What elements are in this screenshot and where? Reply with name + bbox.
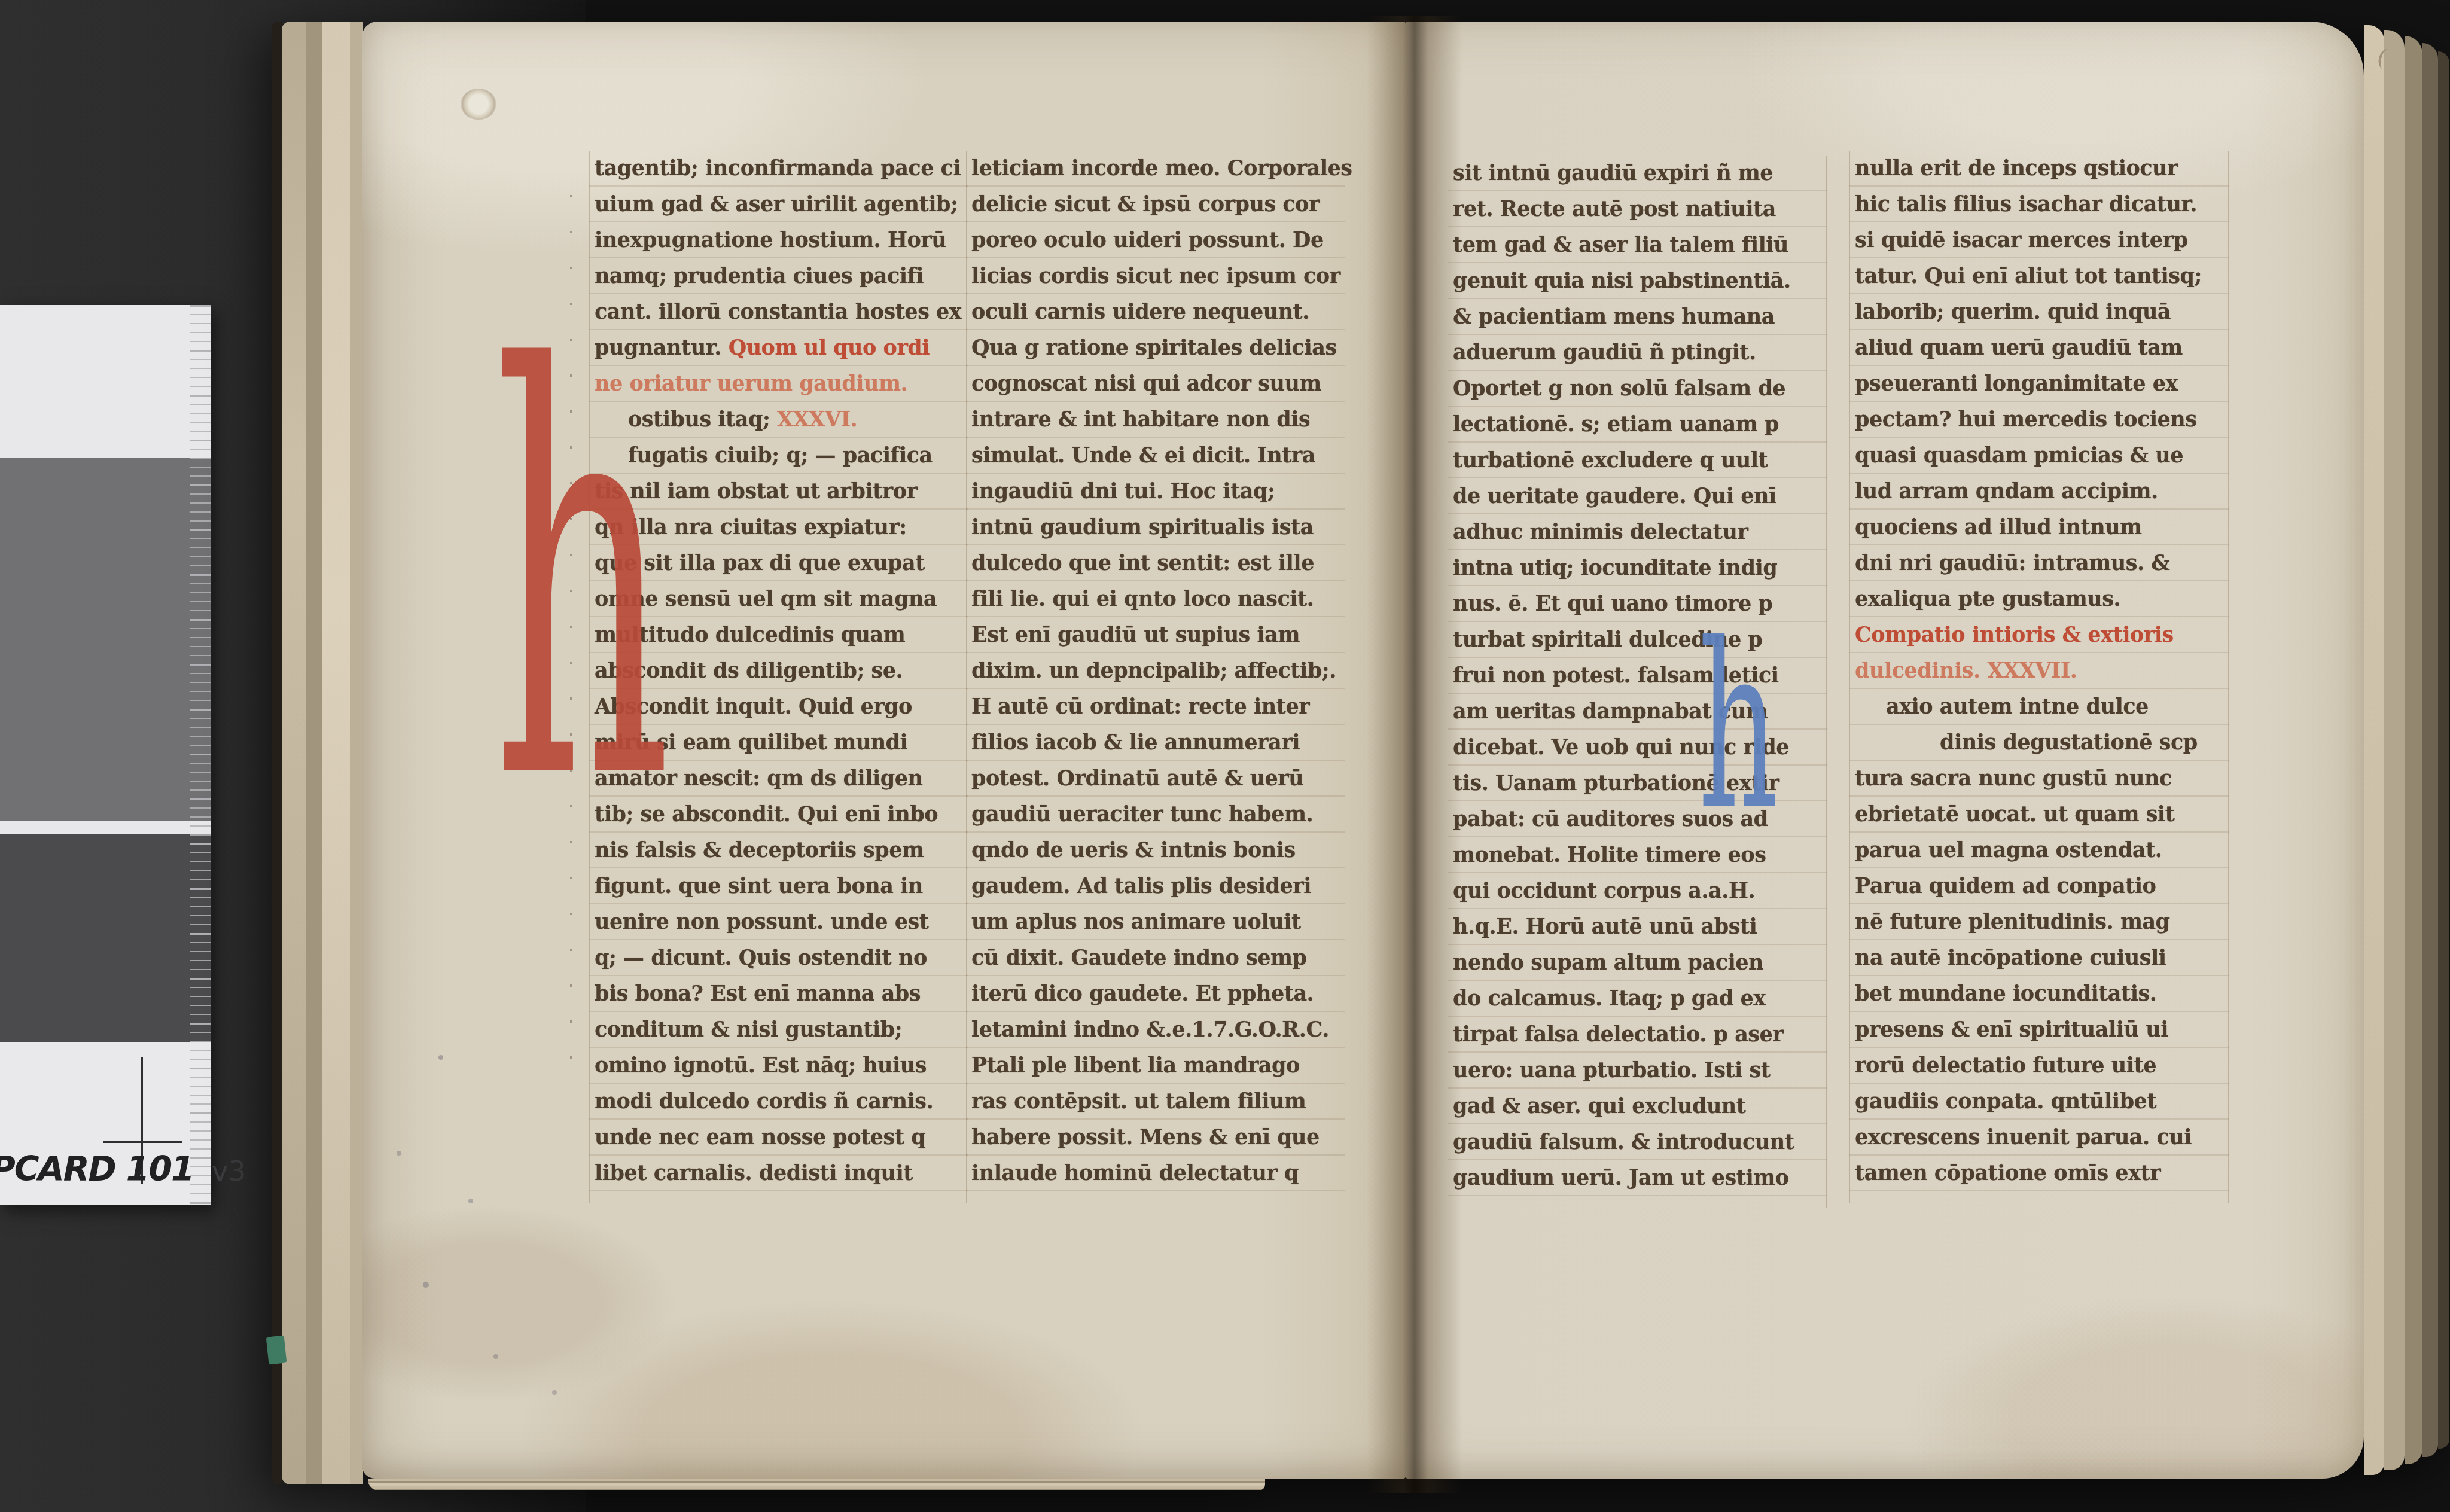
page-edge-strip: [282, 22, 306, 1484]
text-line: tirpat falsa delectatio. p aser: [1448, 1017, 1826, 1053]
text-segment: habere possit. Mens & enī que: [971, 1125, 1320, 1150]
text-line: de ueritate gaudere. Qui enī: [1448, 478, 1826, 514]
text-line: Ptali ple libent lia mandrago: [967, 1048, 1345, 1084]
text-segment: ebrietatē uocat. ut quam sit: [1855, 802, 2174, 827]
fore-edge-strip: [2438, 51, 2449, 1449]
text-line: unde nec eam nosse potest q: [590, 1120, 968, 1156]
text-line: excrescens inuenit parua. cui: [1850, 1120, 2228, 1156]
text-line: pectam? hui mercedis tociens: [1850, 402, 2228, 438]
text-line: rorū delectatio future uite: [1850, 1048, 2228, 1084]
text-line: libet carnalis. dedisti inquit: [590, 1156, 968, 1191]
text-line: gaudiis conpata. qntūlibet: [1850, 1084, 2228, 1120]
text-segment: lectationē. s; etiam uanam p: [1453, 412, 1779, 437]
green-bookmark-tab: [266, 1336, 287, 1365]
text-segment: Qua g ratione spiritales delicias: [971, 336, 1337, 360]
text-line: q; — dicunt. Quis ostendit no: [590, 940, 968, 976]
text-line: Oportet g non solū falsam de: [1448, 371, 1826, 407]
text-line: uenire non possunt. unde est: [590, 904, 968, 940]
text-line: qndo de ueris & intnis bonis: [967, 833, 1345, 868]
text-segment: gaudiū ueraciter tunc habem.: [971, 802, 1313, 827]
text-line: gaudem. Ad talis plis desideri: [967, 868, 1345, 904]
text-line: intrare & int habitare non dis: [967, 402, 1345, 438]
text-line: lectationē. s; etiam uanam p: [1448, 407, 1826, 443]
text-segment: na autē incōpatione cuiusli: [1855, 946, 2166, 970]
text-segment: um aplus nos animare uoluit: [971, 910, 1301, 934]
text-line: oculi carnis uidere nequeunt.: [967, 294, 1345, 330]
text-line: licias cordis sicut nec ipsum cor: [967, 258, 1345, 294]
text-line: genuit quia nisi pabstinentiā.: [1448, 263, 1826, 299]
page-edge-strip: [306, 22, 322, 1484]
text-line: Qua g ratione spiritales delicias: [967, 330, 1345, 366]
text-line: gad & aser. qui excludunt: [1448, 1089, 1826, 1124]
fore-edge-strip: [2405, 36, 2422, 1464]
fore-edge-strip: [2364, 25, 2384, 1475]
text-segment: gaudiū falsum. & introducunt: [1453, 1130, 1794, 1154]
open-codex: tagentib; inconfirmanda pace ciuium gad …: [272, 16, 2449, 1493]
text-segment: lud arram qndam accipim.: [1855, 479, 2158, 504]
text-segment: libet carnalis. dedisti inquit: [595, 1161, 913, 1185]
text-segment: nendo supam altum pacien: [1453, 950, 1763, 975]
text-segment: gaudium uerū. Jam ut estimo: [1453, 1166, 1789, 1190]
text-line: uium gad & aser uirilit agentib;: [590, 187, 968, 222]
text-segment: potest. Ordinatū autē & uerū: [971, 766, 1303, 791]
text-segment: omino ignotū. Est nāq; huius: [595, 1053, 927, 1078]
text-line: aduerum gaudiū ñ ptingit.: [1448, 335, 1826, 371]
text-line: nē future plenitudinis. mag: [1850, 904, 2228, 940]
text-line: fili lie. qui ei qnto loco nascit.: [967, 581, 1345, 617]
crosshair-horizontal: [103, 1141, 182, 1143]
fore-edge-strip: [2422, 43, 2438, 1457]
text-line: parua uel magna ostendat.: [1850, 833, 2228, 868]
text-segment: parua uel magna ostendat.: [1855, 838, 2162, 862]
text-segment: ingaudiū dni tui. Hoc itaq;: [971, 479, 1275, 504]
text-segment: uero: uana pturbatio. Isti st: [1453, 1058, 1770, 1083]
text-segment: unde nec eam nosse potest q: [595, 1125, 925, 1150]
text-segment: gaudem. Ad talis plis desideri: [971, 874, 1311, 898]
text-line: hic talis filius isachar dicatur.: [1850, 187, 2228, 222]
text-line: simulat. Unde & ei dicit. Intra: [967, 438, 1345, 474]
text-line: intna utiq; iocunditate indig: [1448, 550, 1826, 586]
text-segment: intrare & int habitare non dis: [971, 407, 1310, 432]
text-segment: aduerum gaudiū ñ ptingit.: [1453, 340, 1756, 365]
page-edge-strip: [322, 22, 350, 1484]
text-segment: Compatio intioris & extioris: [1855, 623, 2174, 647]
text-column-b: leticiam incorde meo. Corporalesdelicie …: [966, 151, 1345, 1203]
text-line: tura sacra nunc gustū nunc: [1850, 761, 2228, 797]
text-segment: delicie sicut & ipsū corpus cor: [971, 192, 1320, 217]
text-segment: ras contēpsit. ut talem filium: [971, 1089, 1306, 1114]
text-line: lud arram qndam accipim.: [1850, 474, 2228, 510]
text-segment: intnū gaudium spiritualis ista: [971, 515, 1314, 539]
text-line: filios iacob & lie annumerari: [967, 725, 1345, 761]
red-initial-h: h: [492, 300, 671, 856]
text-segment: exaliqua pte gustamus.: [1855, 587, 2120, 611]
text-line: quasi quasdam pmicias & ue: [1850, 438, 2228, 474]
text-segment: quasi quasdam pmicias & ue: [1855, 443, 2183, 468]
ruler-ticks: [190, 305, 211, 1205]
text-segment: gaudiis conpata. qntūlibet: [1855, 1089, 2156, 1114]
text-line: & pacientiam mens humana: [1448, 299, 1826, 335]
text-line: adhuc minimis delectatur: [1448, 514, 1826, 550]
text-segment: nē future plenitudinis. mag: [1855, 910, 2170, 934]
text-line: gaudiū ueraciter tunc habem.: [967, 797, 1345, 833]
text-segment: tem gad & aser lia talem filiū: [1453, 233, 1788, 257]
text-segment: axio autem intne dulce: [1886, 694, 2149, 719]
text-line: Compatio intioris & extioris: [1850, 617, 2228, 653]
text-segment: & pacientiam mens humana: [1453, 304, 1775, 329]
text-segment: uenire non possunt. unde est: [595, 910, 928, 934]
text-segment: Ptali ple libent lia mandrago: [971, 1053, 1300, 1078]
text-segment: nulla erit de inceps qstiocur: [1855, 156, 2178, 181]
fore-edge-strip: [2384, 30, 2405, 1470]
text-segment: letamini indno &.e.1.7.G.O.R.C.: [971, 1017, 1329, 1042]
text-line: intnū gaudium spiritualis ista: [967, 510, 1345, 545]
text-segment: h.q.E. Horū autē unū absti: [1453, 914, 1757, 939]
text-segment: de ueritate gaudere. Qui enī: [1453, 484, 1776, 508]
text-line: inlaude hominū delectatur q: [967, 1156, 1345, 1191]
gray-patch: [0, 458, 211, 821]
text-line: dixim. un depncipalib; affectib;.: [967, 653, 1345, 689]
manuscript-photo: PCARD 101v3 tagentib; inconfirmanda pace…: [0, 0, 2450, 1512]
text-line: axio autem intne dulce: [1850, 689, 2228, 725]
text-line: leticiam incorde meo. Corporales: [967, 151, 1345, 187]
text-segment: tagentib; inconfirmanda pace ci: [595, 156, 961, 181]
text-segment: laborib; querim. quid inquā: [1855, 300, 2171, 324]
text-segment: fili lie. qui ei qnto loco nascit.: [971, 587, 1314, 611]
text-segment: tura sacra nunc gustū nunc: [1855, 766, 2172, 791]
bottom-page-edges: [368, 1479, 1265, 1490]
text-segment: conditum & nisi gustantib;: [595, 1017, 902, 1042]
text-line: ret. Recte autē post natiuita: [1448, 191, 1826, 227]
text-segment: leticiam incorde meo. Corporales: [971, 156, 1352, 181]
text-segment: turbationē excludere q uult: [1453, 448, 1768, 472]
text-line: exaliqua pte gustamus.: [1850, 581, 2228, 617]
text-segment: q; — dicunt. Quis ostendit no: [595, 946, 927, 970]
text-segment: licias cordis sicut nec ipsum cor: [971, 264, 1340, 288]
text-line: laborib; querim. quid inquā: [1850, 294, 2228, 330]
text-line: habere possit. Mens & enī que: [967, 1120, 1345, 1156]
text-line: dulcedo que int sentit: est ille: [967, 545, 1345, 581]
text-line: iterū dico gaudete. Et ppheta.: [967, 976, 1345, 1012]
text-line: presens & enī spiritualiū ui: [1850, 1012, 2228, 1048]
text-line: ras contēpsit. ut talem filium: [967, 1084, 1345, 1120]
text-segment: quociens ad illud intnum: [1855, 515, 2142, 539]
text-segment: uium gad & aser uirilit agentib;: [595, 192, 958, 217]
text-segment: Quom ul quo ordi: [729, 336, 930, 360]
text-segment: fugatis ciuib; q; — pacifica: [628, 443, 933, 468]
text-segment: gad & aser. qui excludunt: [1453, 1094, 1745, 1118]
text-segment: rorū delectatio future uite: [1855, 1053, 2156, 1078]
card-version: v3: [212, 1155, 246, 1188]
text-line: H autē cū ordinat: recte inter: [967, 689, 1345, 725]
parchment-hole: [461, 89, 496, 120]
text-line: do calcamus. Itaq; p gad ex: [1448, 981, 1826, 1017]
text-segment: hic talis filius isachar dicatur.: [1855, 192, 2197, 217]
text-line: nulla erit de inceps qstiocur: [1850, 151, 2228, 187]
text-line: tatur. Qui enī aliut tot tantisq;: [1850, 258, 2228, 294]
blue-initial-h: h: [1698, 614, 1779, 841]
text-segment: dixim. un depncipalib; affectib;.: [971, 659, 1336, 683]
text-segment: qui occidunt corpus a.a.H.: [1453, 879, 1755, 903]
text-segment: bet mundane iocunditatis.: [1855, 981, 2156, 1006]
text-line: na autē incōpatione cuiusli: [1850, 940, 2228, 976]
page-edge-strip: [272, 22, 282, 1484]
gray-patch: [0, 834, 211, 1042]
text-line: tagentib; inconfirmanda pace ci: [590, 151, 968, 187]
text-line: inexpugnatione hostium. Horū: [590, 222, 968, 258]
text-segment: cū dixit. Gaudete indno semp: [971, 946, 1306, 970]
text-segment: si quidē isacar merces interp: [1855, 228, 2187, 252]
text-segment: pectam? hui mercedis tociens: [1855, 407, 2197, 432]
text-line: bis bona? Est enī manna abs: [590, 976, 968, 1012]
text-line: Est enī gaudiū ut supius iam: [967, 617, 1345, 653]
text-line: qui occidunt corpus a.a.H.: [1448, 873, 1826, 909]
text-segment: intna utiq; iocunditate indig: [1453, 556, 1777, 580]
text-segment: H autē cū ordinat: recte inter: [971, 694, 1309, 719]
text-segment: presens & enī spiritualiū ui: [1855, 1017, 2168, 1042]
text-segment: inlaude hominū delectatur q: [971, 1161, 1299, 1185]
text-segment: dulcedo que int sentit: est ille: [971, 551, 1314, 575]
text-line: nendo supam altum pacien: [1448, 945, 1826, 981]
text-segment: Est enī gaudiū ut supius iam: [971, 623, 1300, 647]
text-segment: sit intnū gaudiū expiri ñ me: [1453, 161, 1773, 185]
calibration-card: PCARD 101v3: [0, 305, 211, 1205]
text-segment: excrescens inuenit parua. cui: [1855, 1125, 2192, 1150]
text-segment: Parua quidem ad conpatio: [1855, 874, 2156, 898]
text-line: sit intnū gaudiū expiri ñ me: [1448, 156, 1826, 191]
text-segment: Oportet g non solū falsam de: [1453, 376, 1785, 401]
text-segment: poreo oculo uideri possunt. De: [971, 228, 1324, 252]
text-line: poreo oculo uideri possunt. De: [967, 222, 1345, 258]
text-line: dni nri gaudiū: intramus. &: [1850, 545, 2228, 581]
text-segment: do calcamus. Itaq; p gad ex: [1453, 986, 1766, 1011]
gray-patch: [0, 821, 211, 834]
text-segment: oculi carnis uidere nequeunt.: [971, 300, 1309, 324]
text-line: gaudium uerū. Jam ut estimo: [1448, 1160, 1826, 1196]
text-segment: filios iacob & lie annumerari: [971, 730, 1300, 755]
text-segment: inexpugnatione hostium. Horū: [595, 228, 946, 252]
text-segment: simulat. Unde & ei dicit. Intra: [971, 443, 1315, 468]
text-line: omino ignotū. Est nāq; huius: [590, 1048, 968, 1084]
gutter-shadow: [1367, 16, 1462, 1493]
text-line: h.q.E. Horū autē unū absti: [1448, 909, 1826, 945]
text-segment: ret. Recte autē post natiuita: [1453, 197, 1776, 221]
text-segment: XXXVI.: [777, 407, 857, 432]
text-segment: bis bona? Est enī manna abs: [595, 981, 921, 1006]
text-segment: dulcedinis. XXXVII.: [1855, 659, 2077, 683]
text-line: ebrietatē uocat. ut quam sit: [1850, 797, 2228, 833]
text-segment: adhuc minimis delectatur: [1453, 520, 1748, 544]
text-line: uero: uana pturbatio. Isti st: [1448, 1053, 1826, 1089]
text-line: tem gad & aser lia talem filiū: [1448, 227, 1826, 263]
text-line: pseueranti longanimitate ex: [1850, 366, 2228, 402]
page-edge-strip: [350, 22, 363, 1484]
text-segment: aliud quam uerū gaudiū tam: [1855, 336, 2183, 360]
text-line: dulcedinis. XXXVII.: [1850, 653, 2228, 689]
text-line: delicie sicut & ipsū corpus cor: [967, 187, 1345, 222]
text-line: conditum & nisi gustantib;: [590, 1012, 968, 1048]
gray-patch: [0, 305, 211, 458]
text-segment: cognoscat nisi qui adcor suum: [971, 371, 1321, 396]
ink-speckles: [272, 16, 275, 18]
text-segment: dni nri gaudiū: intramus. &: [1855, 551, 2169, 575]
text-line: cū dixit. Gaudete indno semp: [967, 940, 1345, 976]
text-line: dinis degustationē scp: [1850, 725, 2228, 761]
text-line: gaudiū falsum. & introducunt: [1448, 1124, 1826, 1160]
text-line: aliud quam uerū gaudiū tam: [1850, 330, 2228, 366]
text-segment: modi dulcedo cordis ñ carnis.: [595, 1089, 933, 1114]
text-line: potest. Ordinatū autē & uerū: [967, 761, 1345, 797]
card-label: PCARD 101v3: [0, 1150, 246, 1189]
text-line: um aplus nos animare uoluit: [967, 904, 1345, 940]
text-column-d: nulla erit de inceps qstiocurhic talis f…: [1849, 151, 2229, 1203]
text-segment: genuit quia nisi pabstinentiā.: [1453, 269, 1791, 293]
card-label-text: PCARD 101: [0, 1150, 194, 1189]
text-line: bet mundane iocunditatis.: [1850, 976, 2228, 1012]
text-segment: tirpat falsa delectatio. p aser: [1453, 1022, 1783, 1047]
text-segment: tamen cōpatione omīs extr: [1855, 1161, 2160, 1185]
text-line: letamini indno &.e.1.7.G.O.R.C.: [967, 1012, 1345, 1048]
text-segment: qndo de ueris & intnis bonis: [971, 838, 1296, 862]
text-segment: dinis degustationē scp: [1940, 730, 2198, 755]
text-line: si quidē isacar merces interp: [1850, 222, 2228, 258]
text-line: Parua quidem ad conpatio: [1850, 868, 2228, 904]
text-line: cognoscat nisi qui adcor suum: [967, 366, 1345, 402]
text-segment: tatur. Qui enī aliut tot tantisq;: [1855, 264, 2202, 288]
text-line: turbationē excludere q uult: [1448, 443, 1826, 478]
text-line: tamen cōpatione omīs extr: [1850, 1156, 2228, 1191]
text-segment: iterū dico gaudete. Et ppheta.: [971, 981, 1314, 1006]
text-line: ingaudiū dni tui. Hoc itaq;: [967, 474, 1345, 510]
grayscale-patches: [0, 305, 211, 1205]
text-line: quociens ad illud intnum: [1850, 510, 2228, 545]
text-segment: pseueranti longanimitate ex: [1855, 371, 2178, 396]
text-line: modi dulcedo cordis ñ carnis.: [590, 1084, 968, 1120]
